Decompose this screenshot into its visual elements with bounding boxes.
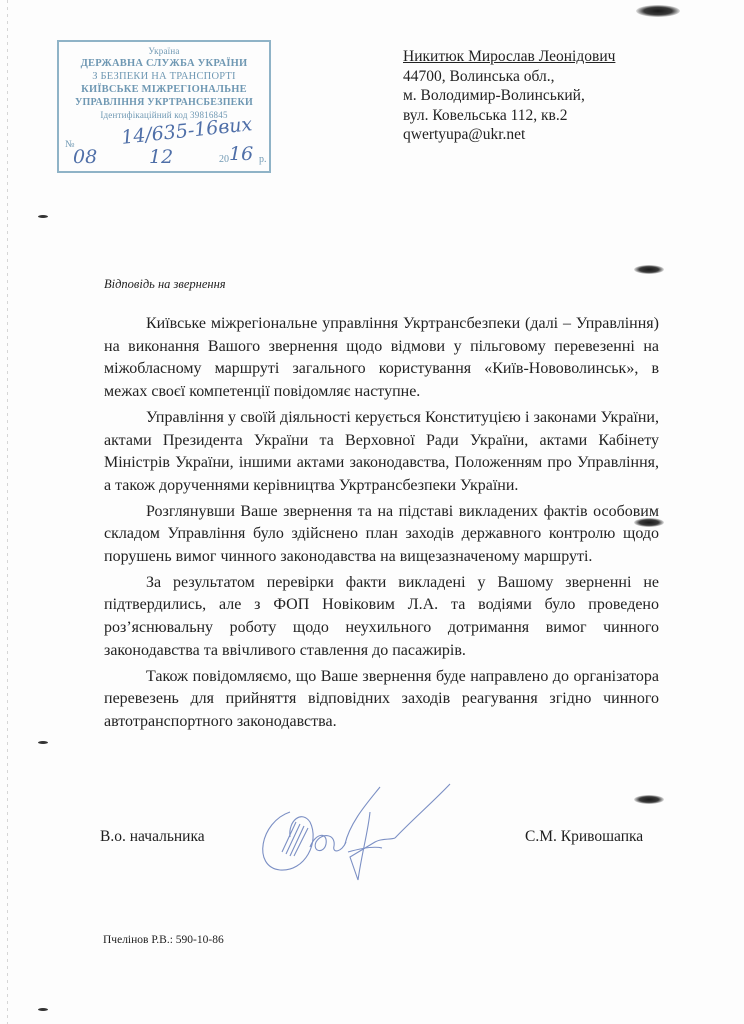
letter-subject: Відповідь на звернення [104, 277, 226, 292]
body-paragraph: Київське міжрегіональне управління Укртр… [104, 313, 659, 404]
body-paragraph: Також повідомляємо, що Ваше звернення бу… [104, 666, 659, 734]
addressee-email: qwertyupa@ukr.net [403, 125, 615, 145]
registration-stamp: Україна ДЕРЖАВНА СЛУЖБА УКРАЇНИ З БЕЗПЕК… [57, 40, 271, 173]
addressee-postal: 44700, Волинська обл., [403, 67, 615, 87]
body-paragraph: Розглянувши Ваше звернення та на підстав… [104, 501, 659, 569]
addressee-street: вул. Ковельська 112, кв.2 [403, 106, 615, 126]
margin-tick-mark [38, 1008, 48, 1011]
letter-body: Київське міжрегіональне управління Укртр… [104, 313, 659, 737]
signatory-role: В.о. начальника [100, 828, 205, 846]
body-paragraph: За результатом перевірки факти викладені… [104, 572, 659, 663]
stamp-handwritten-month: 12 [149, 146, 173, 168]
stamp-line: УПРАВЛІННЯ УКРТРАНСБЕЗПЕКИ [59, 96, 269, 109]
stamp-line: Україна [59, 45, 269, 57]
punch-mark-right-upper [634, 265, 664, 274]
stamp-handwritten-year: 16 [229, 143, 253, 165]
stamp-handwritten-day: 08 [73, 146, 97, 168]
margin-tick-mark [38, 741, 48, 744]
scan-edge-line [7, 0, 8, 1024]
stamp-line: З БЕЗПЕКИ НА ТРАНСПОРТІ [59, 70, 269, 83]
punch-mark-top-right [636, 5, 680, 17]
stamp-year-unit: р. [259, 154, 267, 165]
addressee-city: м. Володимир-Волинський, [403, 86, 615, 106]
handwritten-signature [250, 782, 470, 892]
stamp-year-prefix: 20 [219, 154, 229, 165]
body-paragraph: Управління у своїй діяльності керується … [104, 407, 659, 498]
stamp-line: ДЕРЖАВНА СЛУЖБА УКРАЇНИ [59, 57, 269, 70]
margin-tick-mark [38, 215, 48, 218]
addressee-block: Никитюк Мирослав Леонідович 44700, Волин… [403, 47, 615, 145]
punch-mark-right-lower [634, 795, 664, 804]
addressee-name: Никитюк Мирослав Леонідович [403, 47, 615, 67]
stamp-line: КИЇВСЬКЕ МІЖРЕГІОНАЛЬНЕ [59, 83, 269, 96]
executor-contact: Пчелінов Р.В.: 590-10-86 [103, 934, 224, 946]
signatory-name: С.М. Кривошапка [525, 828, 643, 846]
